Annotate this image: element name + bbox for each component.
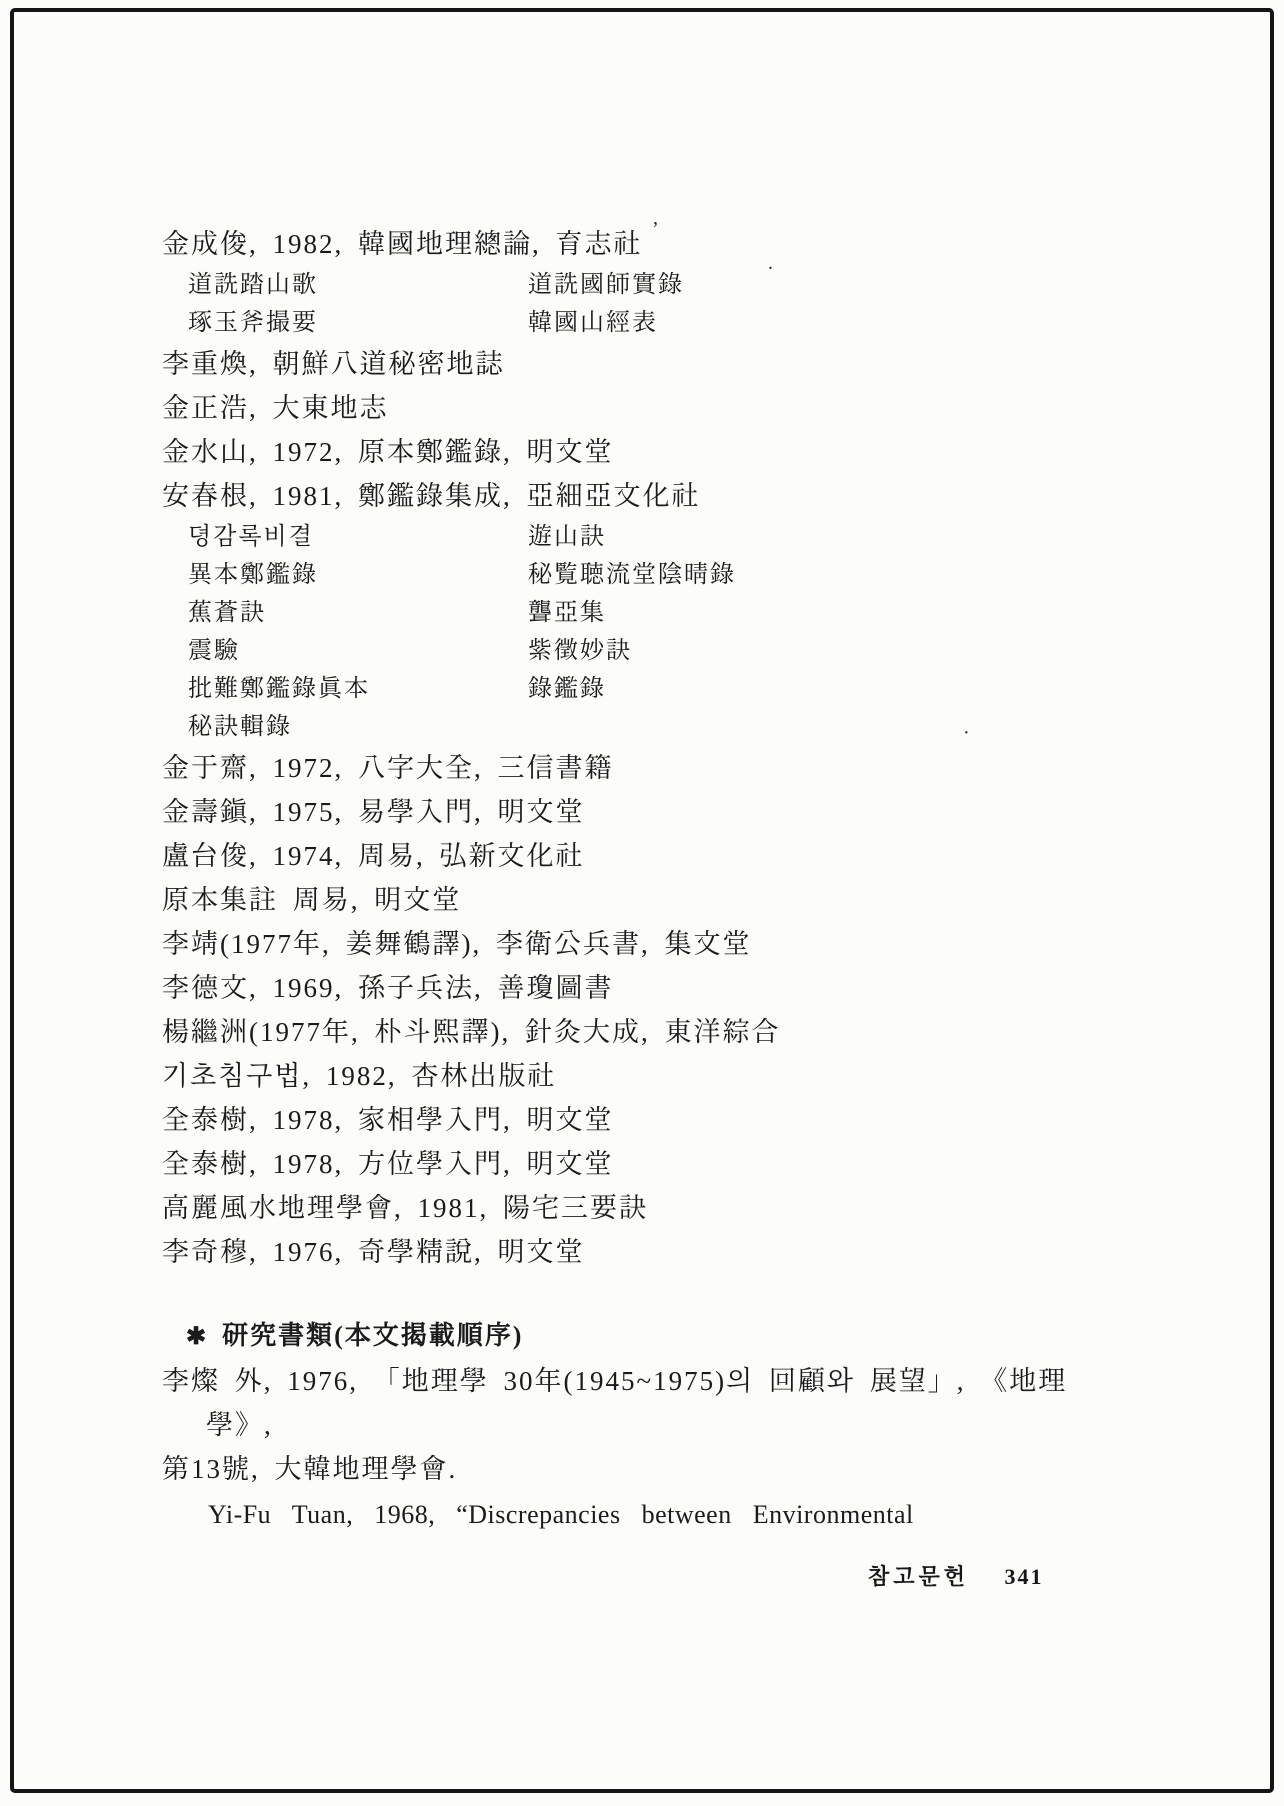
bib-line-pair: 異本鄭鑑錄秘覧聴流堂陰晴錄	[162, 556, 1162, 594]
bibliography-list: 金成俊, 1982, 韓國地理總論, 育志社道詵踏山歌道詵國師實錄琢玉斧撮要韓國…	[162, 222, 1162, 1539]
bib-line-main: 기초침구법, 1982, 杏林出版社	[162, 1054, 1162, 1098]
bib-line-main: 安春根, 1981, 鄭鑑錄集成, 亞細亞文化社	[162, 474, 1162, 518]
bib-pair-right: 聾亞集	[528, 594, 606, 632]
bib-line-main: 金于齋, 1972, 八字大全, 三信書籍	[162, 746, 1162, 790]
bib-line-main: 第13號, 大韓地理學會.	[162, 1447, 1162, 1491]
bib-pair-right: 錄鑑錄	[528, 670, 606, 708]
section-title: 研究書類(本文揭載順序)	[222, 1321, 523, 1350]
bib-line-pair: 道詵踏山歌道詵國師實錄	[162, 266, 1162, 304]
bib-pair-left: 琢玉斧撮要	[188, 304, 528, 342]
bib-line-header: ✱研究書類(本文揭載順序)	[162, 1314, 1162, 1359]
bib-pair-right: 秘覧聴流堂陰晴錄	[528, 556, 736, 594]
scan-artifact: .	[768, 252, 773, 275]
bibliography-content: 金成俊, 1982, 韓國地理總論, 育志社道詵踏山歌道詵國師實錄琢玉斧撮要韓國…	[162, 222, 1162, 1539]
bib-line-pair: 蕉蒼訣聾亞集	[162, 594, 1162, 632]
bib-line-main: 楊繼洲(1977年, 朴斗熙譯), 針灸大成, 東洋綜合	[162, 1010, 1162, 1054]
bib-line-main: 李德文, 1969, 孫子兵法, 善瓊圖書	[162, 966, 1162, 1010]
scan-artifact: ’	[652, 218, 659, 241]
bib-line-main: 金成俊, 1982, 韓國地理總論, 育志社	[162, 222, 1162, 266]
bib-line-pair: 震驗紫徵妙訣	[162, 632, 1162, 670]
bib-line-main: 金壽鎭, 1975, 易學入門, 明文堂	[162, 790, 1162, 834]
bib-line-main: 金正浩, 大東地志	[162, 386, 1162, 430]
scan-artifact: ·	[963, 722, 970, 745]
bib-pair-left: 批難鄭鑑錄眞本	[188, 670, 528, 708]
footer-section-label: 참고문헌	[868, 1564, 969, 1589]
bib-pair-left: 蕉蒼訣	[188, 594, 528, 632]
bib-pair-left: 異本鄭鑑錄	[188, 556, 528, 594]
bib-line-main: 李燦 外, 1976, 「地理學 30年(1945~1975)의 回顧와 展望」…	[162, 1359, 1162, 1403]
bib-line-english: Yi-Fu Tuan, 1968, “Discrepancies between…	[162, 1491, 1162, 1539]
bib-line-main: 金水山, 1972, 原本鄭鑑錄, 明文堂	[162, 430, 1162, 474]
bib-line-main: 全泰樹, 1978, 家相學入門, 明文堂	[162, 1098, 1162, 1142]
bib-line-main: 全泰樹, 1978, 方位學入門, 明文堂	[162, 1142, 1162, 1186]
bib-line-main: 李重煥, 朝鮮八道秘密地誌	[162, 342, 1162, 386]
footer-page-number: 341	[1005, 1564, 1044, 1589]
bib-line-sub: 秘訣輯錄	[162, 708, 1162, 746]
bib-line-main: 李靖(1977年, 姜舞鶴譯), 李衛公兵書, 集文堂	[162, 922, 1162, 966]
bib-line-pair: 琢玉斧撮要韓國山經表	[162, 304, 1162, 342]
bib-line-pair: 批難鄭鑑錄眞本錄鑑錄	[162, 670, 1162, 708]
bib-pair-left: 震驗	[188, 632, 528, 670]
page-footer: 참고문헌 341	[868, 1560, 1044, 1591]
bib-line-main: 盧台俊, 1974, 周易, 弘新文化社	[162, 834, 1162, 878]
bib-pair-left: 道詵踏山歌	[188, 266, 528, 304]
bib-pair-right: 韓國山經表	[528, 304, 658, 342]
scanned-document-page: 金成俊, 1982, 韓國地理總論, 育志社道詵踏山歌道詵國師實錄琢玉斧撮要韓國…	[0, 0, 1284, 1806]
section-marker-icon: ✱	[186, 1324, 208, 1350]
bib-line-pair: 뎡감록비결遊山訣	[162, 518, 1162, 556]
bib-line-main: 原本集註 周易, 明文堂	[162, 878, 1162, 922]
bib-pair-right: 遊山訣	[528, 518, 606, 556]
bib-line-hang: 學》,	[162, 1403, 1162, 1447]
bib-pair-right: 道詵國師實錄	[528, 266, 684, 304]
bib-line-main: 高麗風水地理學會, 1981, 陽宅三要訣	[162, 1186, 1162, 1230]
bib-line-main: 李奇穆, 1976, 奇學精說, 明文堂	[162, 1230, 1162, 1274]
bib-pair-left: 뎡감록비결	[188, 518, 528, 556]
bib-pair-right: 紫徵妙訣	[528, 632, 632, 670]
